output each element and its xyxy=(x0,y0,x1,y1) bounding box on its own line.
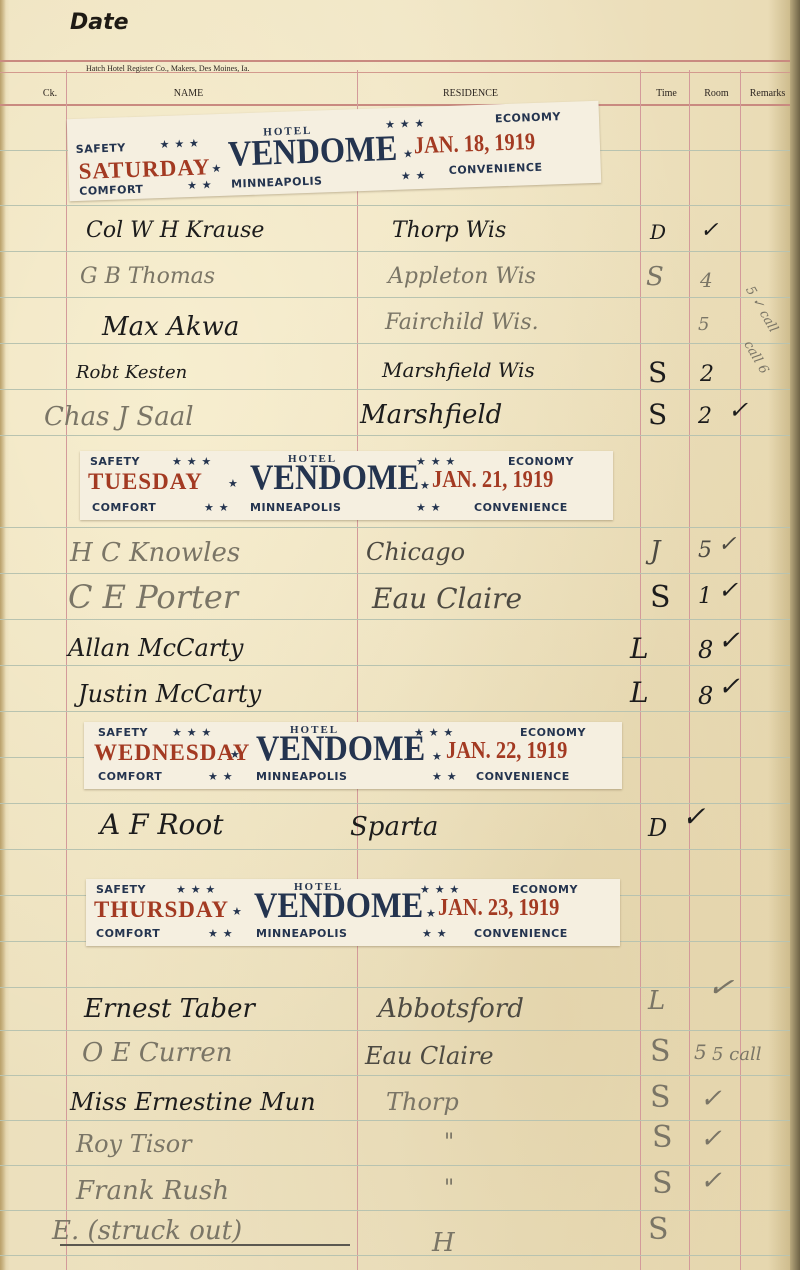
star-icon: ★ xyxy=(230,748,240,761)
row-rule xyxy=(0,251,790,252)
sticker-economy: ECONOMY xyxy=(495,110,561,125)
row-rule xyxy=(0,849,790,850)
sticker-economy: ECONOMY xyxy=(512,883,578,896)
date-sticker-saturday: SAFETY ★ ★ ★ SATURDAY ★ COMFORT ★ ★ HOTE… xyxy=(67,101,602,202)
guest-name: C E Porter xyxy=(68,578,238,616)
guest-time: J xyxy=(650,536,660,566)
guest-remarks: ✓ xyxy=(718,576,738,604)
strikethrough-line xyxy=(60,1244,350,1246)
guest-name: Max Akwa xyxy=(102,312,239,342)
sticker-comfort: COMFORT xyxy=(79,183,144,198)
star-icon: ★ ★ xyxy=(204,501,229,514)
row-rule xyxy=(0,1210,790,1211)
guest-time: S xyxy=(652,1120,673,1155)
date-sticker-thursday: SAFETY ★ ★ ★ THURSDAY ★ COMFORT ★ ★ HOTE… xyxy=(86,879,620,946)
guest-time: S xyxy=(648,1212,669,1247)
col-divider-time xyxy=(689,70,690,1270)
sticker-comfort: COMFORT xyxy=(98,770,162,783)
guest-residence: Chicago xyxy=(366,538,465,566)
guest-time: S xyxy=(648,398,667,431)
star-icon: ★ ★ ★ xyxy=(172,455,212,468)
guest-remarks: ✓ xyxy=(700,218,718,243)
guest-residence: Eau Claire xyxy=(372,582,522,615)
row-rule xyxy=(0,297,790,298)
guest-remarks: ✓ xyxy=(728,396,748,424)
sticker-convenience: CONVENIENCE xyxy=(474,501,568,514)
guest-name: Ernest Taber xyxy=(84,994,255,1024)
sticker-date: JAN. 18, 1919 xyxy=(413,129,535,160)
guest-time: S xyxy=(646,262,664,292)
row-rule xyxy=(0,435,790,436)
guest-residence: Fairchild Wis. xyxy=(385,310,539,335)
guest-residence: " xyxy=(444,1130,454,1155)
row-rule xyxy=(0,343,790,344)
maker-imprint: Hatch Hotel Register Co., Makers, Des Mo… xyxy=(86,64,250,73)
guest-room: 5 xyxy=(698,314,709,335)
guest-remarks: ✓ xyxy=(700,1166,722,1196)
col-header-time: Time xyxy=(640,88,693,99)
star-icon: ★ ★ ★ xyxy=(159,137,199,151)
guest-residence: Marshfield Wis xyxy=(382,358,535,382)
sticker-hotel-name: VENDOME xyxy=(254,887,423,923)
guest-time: S xyxy=(650,1034,671,1069)
row-rule xyxy=(0,803,790,804)
date-sticker-tuesday: SAFETY ★ ★ ★ TUESDAY ★ COMFORT ★ ★ HOTEL… xyxy=(80,451,613,520)
guest-residence: H xyxy=(432,1228,455,1258)
star-icon: ★ ★ xyxy=(416,501,441,514)
sticker-comfort: COMFORT xyxy=(96,927,160,940)
star-icon: ★ ★ xyxy=(187,178,213,192)
sticker-convenience: CONVENIENCE xyxy=(449,161,543,177)
guest-name: G B Thomas xyxy=(80,264,215,289)
guest-name: Frank Rush xyxy=(76,1176,229,1206)
guest-name: Allan McCarty xyxy=(68,634,243,662)
star-icon: ★ ★ ★ xyxy=(385,117,425,131)
guest-residence: Appleton Wis xyxy=(388,264,536,289)
sticker-day: TUESDAY xyxy=(88,469,203,495)
sticker-convenience: CONVENIENCE xyxy=(474,927,568,940)
star-icon: ★ ★ xyxy=(401,169,427,183)
guest-remarks: ✓ xyxy=(700,1124,722,1154)
star-icon: ★ ★ ★ xyxy=(172,726,212,739)
guest-remarks: ✓ xyxy=(682,800,705,833)
guest-residence: Sparta xyxy=(350,812,438,842)
sticker-date: JAN. 23, 1919 xyxy=(438,895,559,922)
col-divider-room xyxy=(740,70,741,1270)
guest-remarks: ✓ xyxy=(718,626,740,656)
sticker-hotel-name: VENDOME xyxy=(256,730,425,766)
star-icon: ★ xyxy=(403,147,414,160)
row-rule xyxy=(0,1030,790,1031)
star-icon: ★ xyxy=(228,477,238,490)
guest-residence: Marshfield xyxy=(360,400,502,430)
guest-residence: Eau Claire xyxy=(365,1042,494,1070)
row-rule xyxy=(0,1075,790,1076)
row-rule xyxy=(0,573,790,574)
guest-time: L xyxy=(630,632,649,665)
guest-name: H C Knowles xyxy=(70,538,240,568)
guest-remarks: 5 ✓ call xyxy=(742,284,780,335)
guest-remarks: ✓ xyxy=(705,968,736,1007)
star-icon: ★ xyxy=(211,162,222,175)
sticker-day: THURSDAY xyxy=(94,897,229,923)
guest-residence: Abbotsford xyxy=(378,994,524,1024)
guest-room: 4 xyxy=(700,268,713,292)
guest-room: 5 xyxy=(694,1040,707,1064)
header-rule-top xyxy=(0,60,790,62)
guest-remarks: ✓ xyxy=(718,672,740,702)
col-divider-residence xyxy=(640,70,641,1270)
guest-time: S xyxy=(648,356,667,389)
guest-room: 2 xyxy=(700,362,714,387)
guest-room: 8 xyxy=(698,682,713,710)
sticker-city: MINNEAPOLIS xyxy=(231,174,323,190)
page-left-edge xyxy=(0,0,6,1270)
guest-name: Roy Tisor xyxy=(76,1130,192,1158)
book-binding xyxy=(790,0,800,1270)
guest-room: 5 xyxy=(698,538,712,563)
guest-name-struck: E. (struck out) xyxy=(52,1216,242,1246)
col-header-remarks: Remarks xyxy=(740,88,795,99)
sticker-safety: SAFETY xyxy=(98,726,148,739)
guest-remarks: ✓ xyxy=(700,1084,722,1114)
star-icon: ★ ★ ★ xyxy=(176,883,216,896)
sticker-convenience: CONVENIENCE xyxy=(476,770,570,783)
guest-time: L xyxy=(648,986,665,1016)
row-rule xyxy=(0,1255,790,1256)
guest-name: Chas J Saal xyxy=(44,402,194,432)
sticker-safety: SAFETY xyxy=(76,141,126,156)
row-rule xyxy=(0,389,790,390)
guest-residence: Thorp Wis xyxy=(392,218,506,243)
sticker-day: WEDNESDAY xyxy=(94,740,250,766)
row-rule xyxy=(0,527,790,528)
guest-time: D xyxy=(648,814,667,842)
sticker-economy: ECONOMY xyxy=(508,455,574,468)
sticker-date: JAN. 21, 1919 xyxy=(432,467,553,494)
star-icon: ★ xyxy=(426,907,436,920)
sticker-city: MINNEAPOLIS xyxy=(256,770,347,783)
row-rule xyxy=(0,987,790,988)
date-heading: Date xyxy=(70,10,129,35)
sticker-safety: SAFETY xyxy=(96,883,146,896)
guest-residence: " xyxy=(444,1176,454,1201)
guest-room: 2 xyxy=(698,404,712,429)
guest-name: O E Curren xyxy=(82,1038,232,1068)
col-header-name: NAME xyxy=(66,88,311,99)
guest-remarks: ✓ xyxy=(718,532,736,557)
sticker-city: MINNEAPOLIS xyxy=(256,927,347,940)
guest-name: Miss Ernestine Mun xyxy=(70,1088,316,1116)
guest-remarks: call 6 xyxy=(740,338,771,376)
guest-time: S xyxy=(652,1166,673,1201)
guest-time: L xyxy=(630,676,649,709)
star-icon: ★ ★ xyxy=(208,927,233,940)
guest-time: S xyxy=(650,1080,671,1115)
guest-remarks: 5 call xyxy=(712,1044,762,1065)
star-icon: ★ xyxy=(420,479,430,492)
row-rule xyxy=(0,205,790,206)
header-rule-bottom xyxy=(0,104,790,106)
col-divider-ck xyxy=(66,70,67,1270)
row-rule xyxy=(0,665,790,666)
star-icon: ★ ★ xyxy=(422,927,447,940)
sticker-safety: SAFETY xyxy=(90,455,140,468)
guest-residence: Thorp xyxy=(386,1088,459,1116)
star-icon: ★ xyxy=(232,905,242,918)
col-header-residence: RESIDENCE xyxy=(357,88,584,99)
col-header-room: Room xyxy=(689,88,744,99)
register-page: Date Hatch Hotel Register Co., Makers, D… xyxy=(0,0,800,1270)
guest-time: D xyxy=(650,220,666,244)
guest-room: 1 xyxy=(698,584,712,609)
guest-room: 8 xyxy=(698,636,713,664)
sticker-hotel-name: VENDOME xyxy=(250,459,419,495)
guest-time: S xyxy=(650,580,671,615)
star-icon: ★ ★ xyxy=(432,770,457,783)
guest-name: Robt Kesten xyxy=(76,362,187,383)
row-rule xyxy=(0,711,790,712)
sticker-city: MINNEAPOLIS xyxy=(250,501,341,514)
row-rule xyxy=(0,619,790,620)
sticker-date: JAN. 22, 1919 xyxy=(446,738,567,765)
date-sticker-wednesday: SAFETY ★ ★ ★ WEDNESDAY ★ COMFORT ★ ★ HOT… xyxy=(84,722,622,789)
star-icon: ★ xyxy=(432,750,442,763)
col-divider-name xyxy=(357,70,358,1270)
sticker-comfort: COMFORT xyxy=(92,501,156,514)
star-icon: ★ ★ xyxy=(208,770,233,783)
sticker-economy: ECONOMY xyxy=(520,726,586,739)
guest-name: Justin McCarty xyxy=(78,680,261,708)
guest-name: Col W H Krause xyxy=(86,218,264,243)
sticker-hotel-name: VENDOME xyxy=(227,130,397,172)
guest-name: A F Root xyxy=(100,808,224,841)
